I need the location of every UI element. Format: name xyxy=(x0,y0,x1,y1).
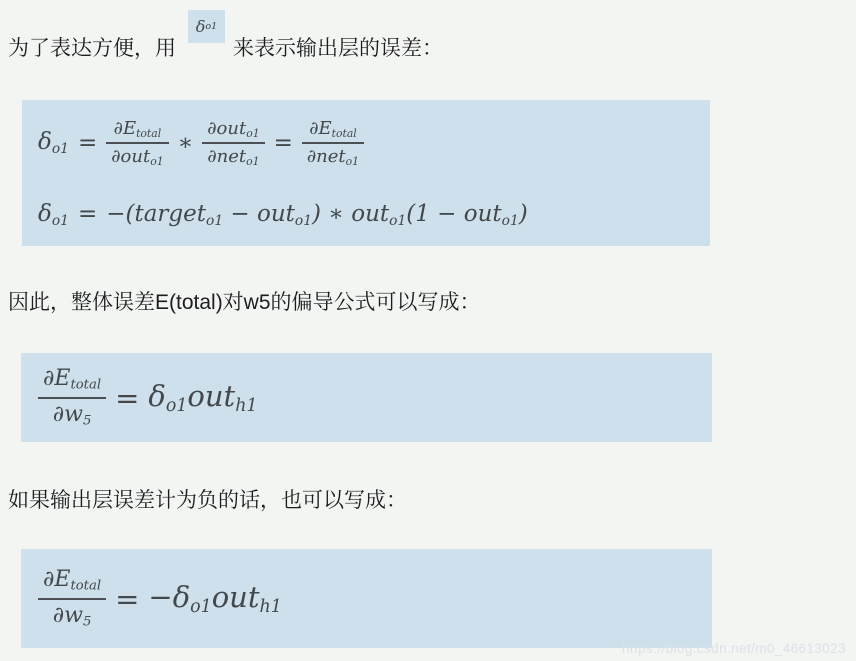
fraction-denominator: ∂w5 xyxy=(38,600,106,631)
formula-block-negative-form: ∂Etotal ∂w5 = −δo1outh1 xyxy=(21,549,712,648)
subscript-o1: o1 xyxy=(246,155,259,168)
one-minus-out-term: (1 − out xyxy=(406,201,501,227)
subscript-total: total xyxy=(70,579,101,594)
fraction-numerator: ∂Etotal xyxy=(38,566,106,599)
delta-term: δo1 xyxy=(38,201,69,229)
inline-delta-formula-image: δo1 xyxy=(188,10,225,43)
fraction-numerator: ∂Etotal xyxy=(106,118,168,145)
minus-sign: − xyxy=(148,580,172,614)
subscript-total: total xyxy=(136,127,161,140)
subscript-5: 5 xyxy=(83,413,91,428)
delta-symbol: δ xyxy=(148,379,165,413)
fraction-dEtotal-dout: ∂Etotal ∂outo1 xyxy=(106,118,168,169)
partial-net: ∂net xyxy=(307,146,346,167)
rhs-expression: −δo1outh1 xyxy=(148,580,281,617)
delta-subscript: o1 xyxy=(166,396,188,416)
fraction-denominator: ∂neto1 xyxy=(202,144,264,169)
subscript-o1: o1 xyxy=(346,155,359,168)
fraction-denominator: ∂w5 xyxy=(38,399,106,430)
out-term: out xyxy=(187,379,235,413)
partial-w: ∂w xyxy=(53,402,83,427)
paragraph-negative-note: 如果输出层误差计为负的话，也可以写成： xyxy=(8,488,856,514)
fraction-dEtotal-dnet: ∂Etotal ∂neto1 xyxy=(302,118,364,169)
delta-subscript: o1 xyxy=(190,597,212,617)
subscript-o1: o1 xyxy=(389,212,406,228)
equals-sign: = xyxy=(115,582,139,616)
formula-dE-dw5-positive: ∂Etotal ∂w5 = δo1outh1 xyxy=(38,365,712,429)
formula-block-delta-definition: δo1 = ∂Etotal ∂outo1 ∗ ∂outo1 ∂neto1 = ∂… xyxy=(22,100,710,246)
subscript-o1: o1 xyxy=(295,212,312,228)
delta-symbol: δ xyxy=(38,129,52,155)
formula-dE-dw5-negative: ∂Etotal ∂w5 = −δo1outh1 xyxy=(38,566,712,630)
formula-delta-chain-rule: δo1 = ∂Etotal ∂outo1 ∗ ∂outo1 ∂neto1 = ∂… xyxy=(38,118,710,169)
blog-article-content: 为了表达方便，用 δo1 来表示输出层的误差： δo1 = ∂Etotal ∂o… xyxy=(0,0,856,661)
fraction-dEtotal-dw5: ∂Etotal ∂w5 xyxy=(38,365,106,429)
subscript-h1: h1 xyxy=(260,597,282,617)
partial-E: ∂E xyxy=(43,366,70,391)
subscript-h1: h1 xyxy=(235,396,257,416)
delta-term: δo1 xyxy=(38,129,69,157)
formula-block-positive-form: ∂Etotal ∂w5 = δo1outh1 xyxy=(21,353,712,442)
intro-paragraph: 为了表达方便，用 δo1 来表示输出层的误差： xyxy=(8,10,856,62)
closing-paren: ) xyxy=(519,201,528,227)
paragraph-partial-derivative: 因此，整体误差E(total)对w5的偏导公式可以写成： xyxy=(8,290,856,316)
asterisk-operator: ∗ xyxy=(178,130,194,156)
partial-E: ∂E xyxy=(43,567,70,592)
fraction-denominator: ∂neto1 xyxy=(302,144,364,169)
fraction-numerator: ∂outo1 xyxy=(202,118,264,145)
fraction-numerator: ∂Etotal xyxy=(38,365,106,398)
equals-sign: = xyxy=(78,130,97,156)
fraction-dout-dnet: ∂outo1 ∂neto1 xyxy=(202,118,264,169)
partial-w: ∂w xyxy=(53,603,83,628)
minus-out-term: − out xyxy=(223,201,295,227)
equals-sign: = xyxy=(274,130,293,156)
subscript-o1: o1 xyxy=(206,212,223,228)
star-out-term: ) ∗ out xyxy=(312,201,389,227)
subscript-o1: o1 xyxy=(502,212,519,228)
subscript-total: total xyxy=(70,378,101,393)
equals-sign: = xyxy=(115,381,139,415)
partial-out: ∂out xyxy=(111,146,150,167)
intro-text-prefix: 为了表达方便，用 xyxy=(8,36,176,62)
out-term: out xyxy=(212,580,260,614)
subscript-o1: o1 xyxy=(150,155,163,168)
fraction-dEtotal-dw5: ∂Etotal ∂w5 xyxy=(38,566,106,630)
partial-out: ∂out xyxy=(207,118,246,139)
delta-symbol: δ xyxy=(38,201,52,227)
equals-sign: = xyxy=(78,201,97,227)
neg-target-term: −(target xyxy=(106,201,206,227)
delta-symbol: δ xyxy=(196,14,206,40)
delta-symbol: δ xyxy=(173,580,190,614)
subscript-5: 5 xyxy=(83,614,91,629)
partial-E: ∂E xyxy=(309,118,331,139)
delta-subscript: o1 xyxy=(52,141,69,157)
subscript-total: total xyxy=(332,127,357,140)
formula-delta-expanded: δo1 = −(targeto1 − outo1) ∗ outo1(1 − ou… xyxy=(38,201,710,229)
expanded-expression: −(targeto1 − outo1) ∗ outo1(1 − outo1) xyxy=(106,201,527,229)
partial-net: ∂net xyxy=(207,146,246,167)
intro-text-suffix: 来表示输出层的误差： xyxy=(233,36,443,62)
fraction-numerator: ∂Etotal xyxy=(302,118,364,145)
rhs-expression: δo1outh1 xyxy=(148,379,257,416)
fraction-denominator: ∂outo1 xyxy=(106,144,168,169)
csdn-watermark-url: https://blog.csdn.net/m0_46613023 xyxy=(622,641,846,656)
partial-E: ∂E xyxy=(114,118,136,139)
subscript-o1: o1 xyxy=(246,127,259,140)
delta-subscript: o1 xyxy=(205,14,217,40)
delta-subscript: o1 xyxy=(52,212,69,228)
